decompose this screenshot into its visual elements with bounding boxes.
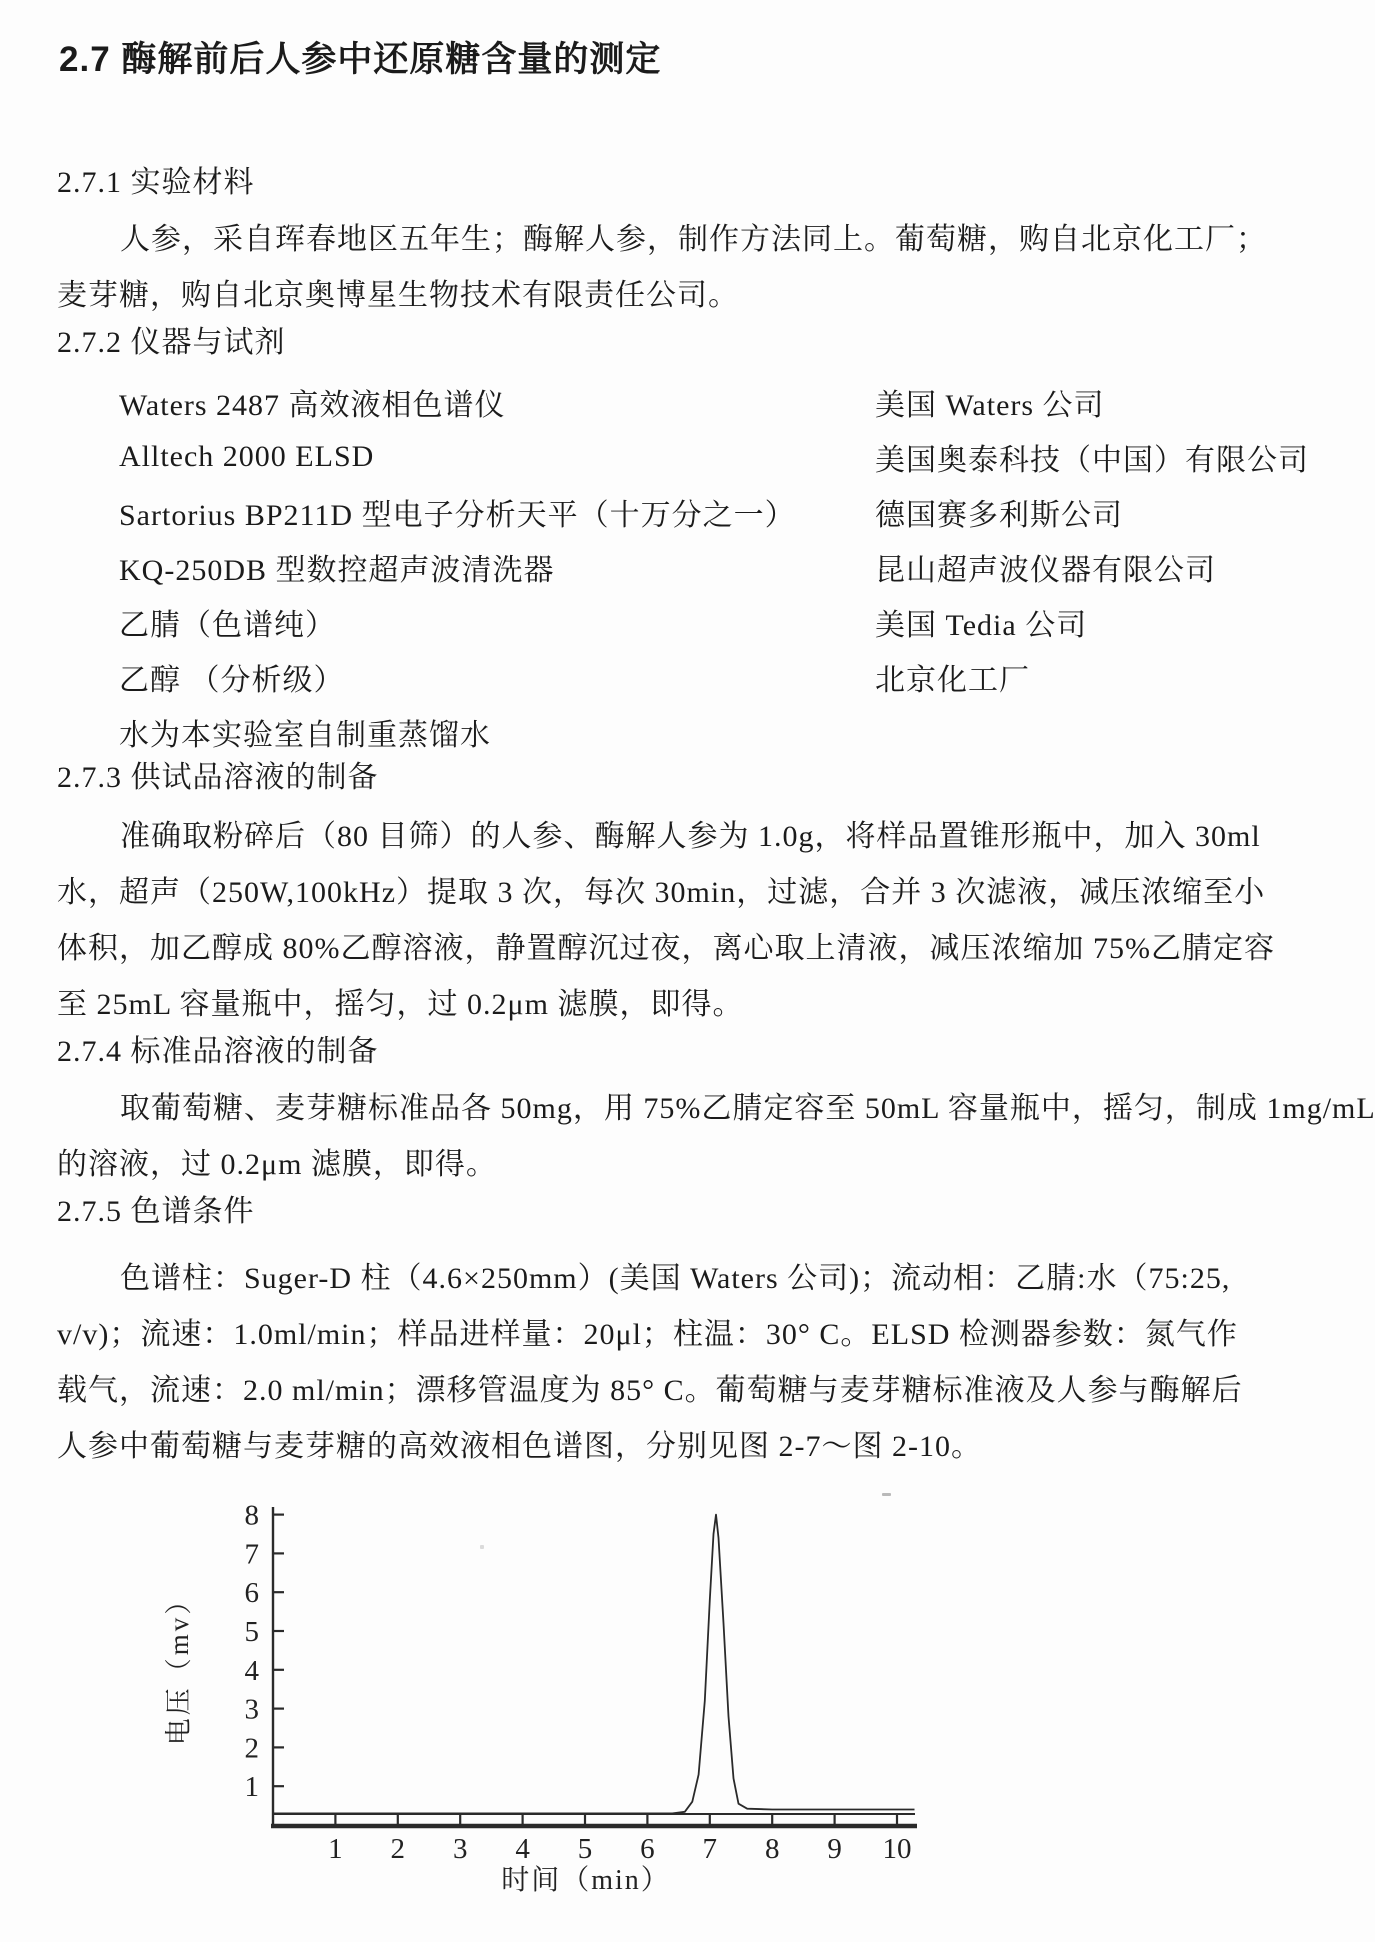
equipment-row: Sartorius BP211D 型电子分析天平（十万分之一）德国赛多利斯公司	[57, 484, 1310, 539]
equipment-row: 水为本实验室自制重蒸馏水	[57, 704, 1310, 759]
equipment-row: 乙醇 （分析级）北京化工厂	[57, 649, 1310, 704]
equipment-item: Sartorius BP211D 型电子分析天平（十万分之一）	[57, 490, 875, 534]
y-tick-label: 6	[245, 1577, 260, 1609]
text-line: 水，超声（250W,100kHz）提取 3 次，每次 30min，过滤，合并 3…	[57, 865, 1310, 921]
x-tick-label: 1	[328, 1833, 343, 1865]
scan-artifact-speck	[480, 1545, 484, 1549]
x-tick-label: 2	[391, 1833, 406, 1865]
chromatogram-figure: 1234567891012345678时间（min）电压（mv）	[150, 1475, 950, 1917]
equipment-item: 水为本实验室自制重蒸馏水	[57, 710, 875, 754]
x-tick-label: 9	[827, 1833, 842, 1865]
paragraph-materials: 人参，采自珲春地区五年生；酶解人参，制作方法同上。葡萄糖，购自北京化工厂；麦芽糖…	[57, 212, 1310, 324]
x-tick-label: 6	[640, 1833, 655, 1865]
y-tick-label: 8	[245, 1500, 260, 1532]
equipment-row: KQ-250DB 型数控超声波清洗器昆山超声波仪器有限公司	[57, 539, 1310, 594]
document-page: 2.7 酶解前后人参中还原糖含量的测定 2.7.1 实验材料 人参，采自珲春地区…	[0, 0, 1375, 1942]
text-line: 体积，加乙醇成 80%乙醇溶液，静置醇沉过夜，离心取上清液，减压浓缩加 75%乙…	[57, 921, 1310, 977]
text-line: 取葡萄糖、麦芽糖标准品各 50mg，用 75%乙腈定容至 50mL 容量瓶中，摇…	[57, 1081, 1310, 1137]
text-line: 人参中葡萄糖与麦芽糖的高效液相色谱图，分别见图 2-7～图 2-10。	[57, 1419, 1310, 1475]
y-tick-label: 5	[245, 1616, 260, 1648]
y-axis-title: 电压（mv）	[164, 1585, 194, 1746]
y-tick-label: 2	[245, 1732, 260, 1764]
text-line: 载气，流速：2.0 ml/min；漂移管温度为 85° C。葡萄糖与麦芽糖标准液…	[57, 1363, 1310, 1419]
section-heading-2-7-2: 2.7.2 仪器与试剂	[57, 324, 1310, 362]
text-line: 的溶液，过 0.2μm 滤膜，即得。	[57, 1137, 1310, 1193]
paragraph-sample-preparation: 准确取粉碎后（80 目筛）的人参、酶解人参为 1.0g，将样品置锥形瓶中，加入 …	[57, 809, 1310, 1033]
x-tick-label: 3	[453, 1833, 468, 1865]
equipment-supplier: 美国 Waters 公司	[875, 380, 1310, 424]
y-tick-label: 4	[245, 1655, 260, 1687]
x-tick-label: 5	[578, 1833, 593, 1865]
y-tick-label: 3	[245, 1694, 260, 1726]
x-tick-label: 10	[883, 1833, 912, 1865]
equipment-list: Waters 2487 高效液相色谱仪美国 Waters 公司Alltech 2…	[57, 374, 1310, 759]
section-heading-2-7-3: 2.7.3 供试品溶液的制备	[57, 759, 1310, 797]
text-line: 准确取粉碎后（80 目筛）的人参、酶解人参为 1.0g，将样品置锥形瓶中，加入 …	[57, 809, 1310, 865]
text-line: 色谱柱：Suger-D 柱（4.6×250mm）(美国 Waters 公司)；流…	[57, 1251, 1310, 1307]
scan-artifact-speck	[882, 1493, 891, 1496]
x-tick-label: 7	[703, 1833, 718, 1865]
text-line: 人参，采自珲春地区五年生；酶解人参，制作方法同上。葡萄糖，购自北京化工厂；	[57, 212, 1310, 268]
section-heading-2-7-4: 2.7.4 标准品溶液的制备	[57, 1033, 1310, 1071]
equipment-item: Alltech 2000 ELSD	[57, 440, 875, 474]
y-tick-label: 7	[245, 1538, 260, 1570]
equipment-supplier: 德国赛多利斯公司	[875, 490, 1310, 534]
section-heading-2-7-5: 2.7.5 色谱条件	[57, 1193, 1310, 1231]
text-line: 至 25mL 容量瓶中，摇匀，过 0.2μm 滤膜，即得。	[57, 977, 1310, 1033]
section-heading-2-7-1: 2.7.1 实验材料	[57, 164, 1310, 202]
x-tick-label: 4	[515, 1833, 530, 1865]
equipment-item: 乙醇 （分析级）	[57, 655, 875, 699]
page-title: 2.7 酶解前后人参中还原糖含量的测定	[59, 38, 1310, 82]
paragraph-chromatography-conditions: 色谱柱：Suger-D 柱（4.6×250mm）(美国 Waters 公司)；流…	[57, 1251, 1310, 1475]
text-line: 麦芽糖，购自北京奥博星生物技术有限责任公司。	[57, 268, 1310, 324]
equipment-supplier: 美国奥泰科技（中国）有限公司	[875, 435, 1310, 479]
equipment-item: KQ-250DB 型数控超声波清洗器	[57, 545, 875, 589]
equipment-row: Alltech 2000 ELSD美国奥泰科技（中国）有限公司	[57, 429, 1310, 484]
equipment-supplier: 美国 Tedia 公司	[875, 600, 1310, 644]
equipment-row: Waters 2487 高效液相色谱仪美国 Waters 公司	[57, 374, 1310, 429]
equipment-supplier: 昆山超声波仪器有限公司	[875, 545, 1310, 589]
paragraph-standard-preparation: 取葡萄糖、麦芽糖标准品各 50mg，用 75%乙腈定容至 50mL 容量瓶中，摇…	[57, 1081, 1310, 1193]
equipment-item: Waters 2487 高效液相色谱仪	[57, 380, 875, 424]
chromatogram-chart: 1234567891012345678时间（min）电压（mv）	[150, 1475, 950, 1917]
equipment-row: 乙腈（色谱纯）美国 Tedia 公司	[57, 594, 1310, 649]
x-axis-title: 时间（min）	[501, 1864, 671, 1896]
y-tick-label: 1	[245, 1771, 260, 1803]
text-line: v/v)；流速：1.0ml/min；样品进样量：20μl；柱温：30° C。EL…	[57, 1307, 1310, 1363]
equipment-supplier: 北京化工厂	[875, 655, 1310, 699]
x-tick-label: 8	[765, 1833, 780, 1865]
equipment-item: 乙腈（色谱纯）	[57, 600, 875, 644]
chromatogram-peak-trace	[273, 1515, 915, 1814]
